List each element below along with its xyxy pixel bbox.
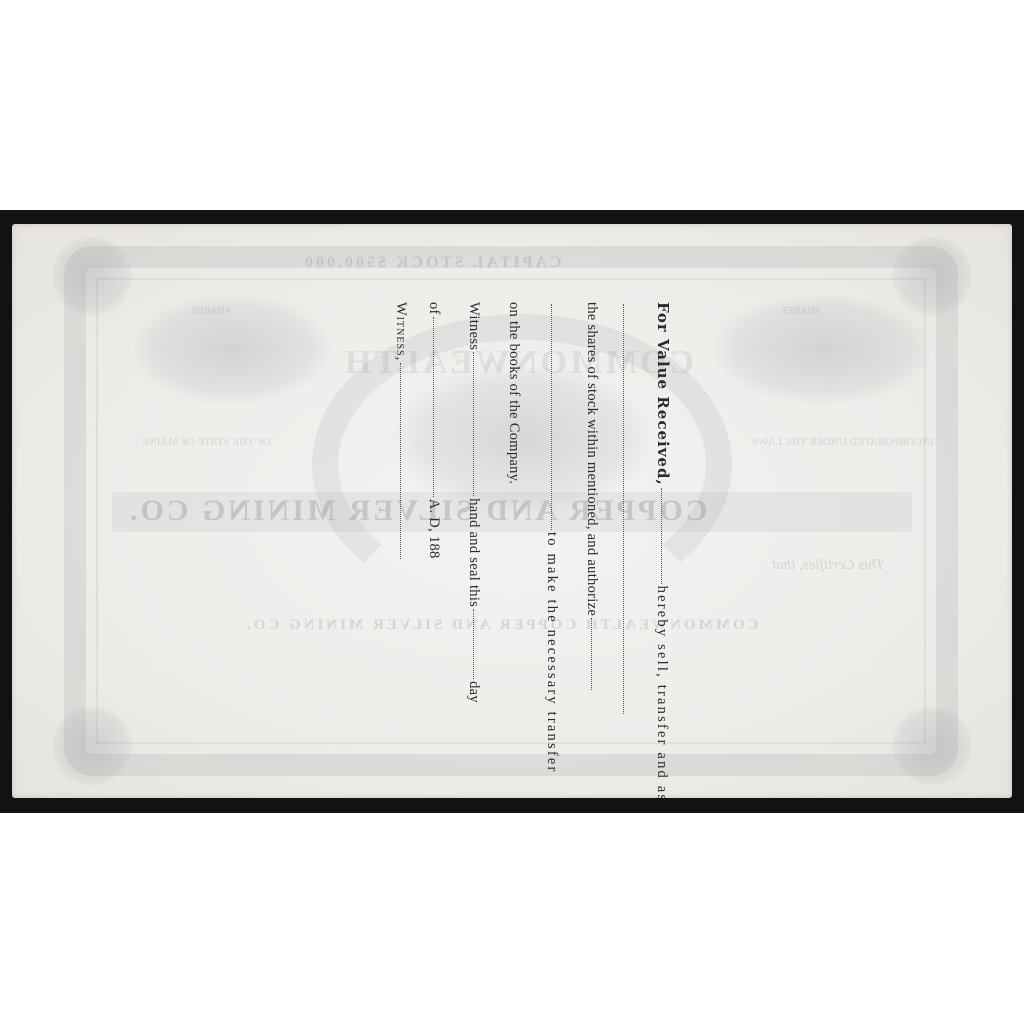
day-label: day bbox=[465, 681, 482, 703]
assign-text: hereby sell, transfer and assign to bbox=[653, 586, 670, 798]
month-blank[interactable] bbox=[433, 317, 434, 497]
witness-label: Witness bbox=[465, 302, 482, 350]
incorporated-right-showthrough: OF THE STATE OF MAINE bbox=[142, 436, 270, 448]
shares-label-showthrough-2: SHARES bbox=[192, 306, 230, 317]
assignment-line-5: on the books of the Company. bbox=[505, 302, 522, 484]
assignee-blank[interactable] bbox=[623, 304, 624, 714]
certifies-showthrough: This Certifies, that bbox=[772, 557, 884, 574]
incorporated-left-showthrough: INCORPORATED UNDER THE LAWS bbox=[752, 436, 933, 448]
corner-ornament-icon bbox=[892, 236, 972, 316]
witness-signature-blank[interactable] bbox=[400, 363, 401, 559]
capital-showthrough: CAPITAL STOCK $500,000 bbox=[302, 254, 562, 272]
assignment-line-1: For Value Received, hereby sell, transfe… bbox=[653, 302, 672, 798]
certificate-paper: CAPITAL STOCK $500,000 COMMONWEALTH OF T… bbox=[12, 224, 1012, 798]
transfer-text: to make the necessary transfer bbox=[543, 532, 560, 774]
attorney-blank-start[interactable] bbox=[591, 618, 592, 690]
assignment-line-8: Witness, bbox=[392, 302, 409, 561]
assignment-line-7: of A. D, 188 bbox=[425, 302, 442, 559]
day-blank[interactable] bbox=[473, 609, 474, 679]
body-company-showthrough: COMMONWEALTH COPPER AND SILVER MINING CO… bbox=[244, 617, 758, 634]
hand-seal-text: hand and seal this bbox=[465, 498, 482, 607]
corner-ornament-icon bbox=[892, 706, 972, 786]
witness-name-blank[interactable] bbox=[473, 352, 474, 496]
of-label: of bbox=[425, 302, 442, 315]
assignment-line-2 bbox=[620, 302, 621, 716]
assignment-line-3: the shares of stock within mentioned, an… bbox=[583, 302, 600, 692]
witness-signature-label: Witness, bbox=[392, 302, 409, 361]
shares-text: the shares of stock within mentioned, an… bbox=[583, 302, 600, 616]
assignment-line-4: to make the necessary transfer bbox=[543, 302, 560, 774]
left-vignette-showthrough bbox=[132, 294, 332, 404]
books-text: on the books of the Company. bbox=[505, 302, 522, 484]
for-value-received-label: For Value Received, bbox=[654, 302, 672, 486]
corner-ornament-icon bbox=[52, 706, 132, 786]
attorney-blank[interactable] bbox=[551, 304, 552, 530]
assignor-blank[interactable] bbox=[661, 488, 662, 584]
shares-label-showthrough: SHARES bbox=[782, 306, 820, 317]
right-vignette-showthrough bbox=[712, 294, 932, 404]
assignment-line-6: Witness hand and seal this day bbox=[465, 302, 482, 703]
corner-ornament-icon bbox=[52, 236, 132, 316]
year-label: A. D, 188 bbox=[425, 499, 442, 559]
